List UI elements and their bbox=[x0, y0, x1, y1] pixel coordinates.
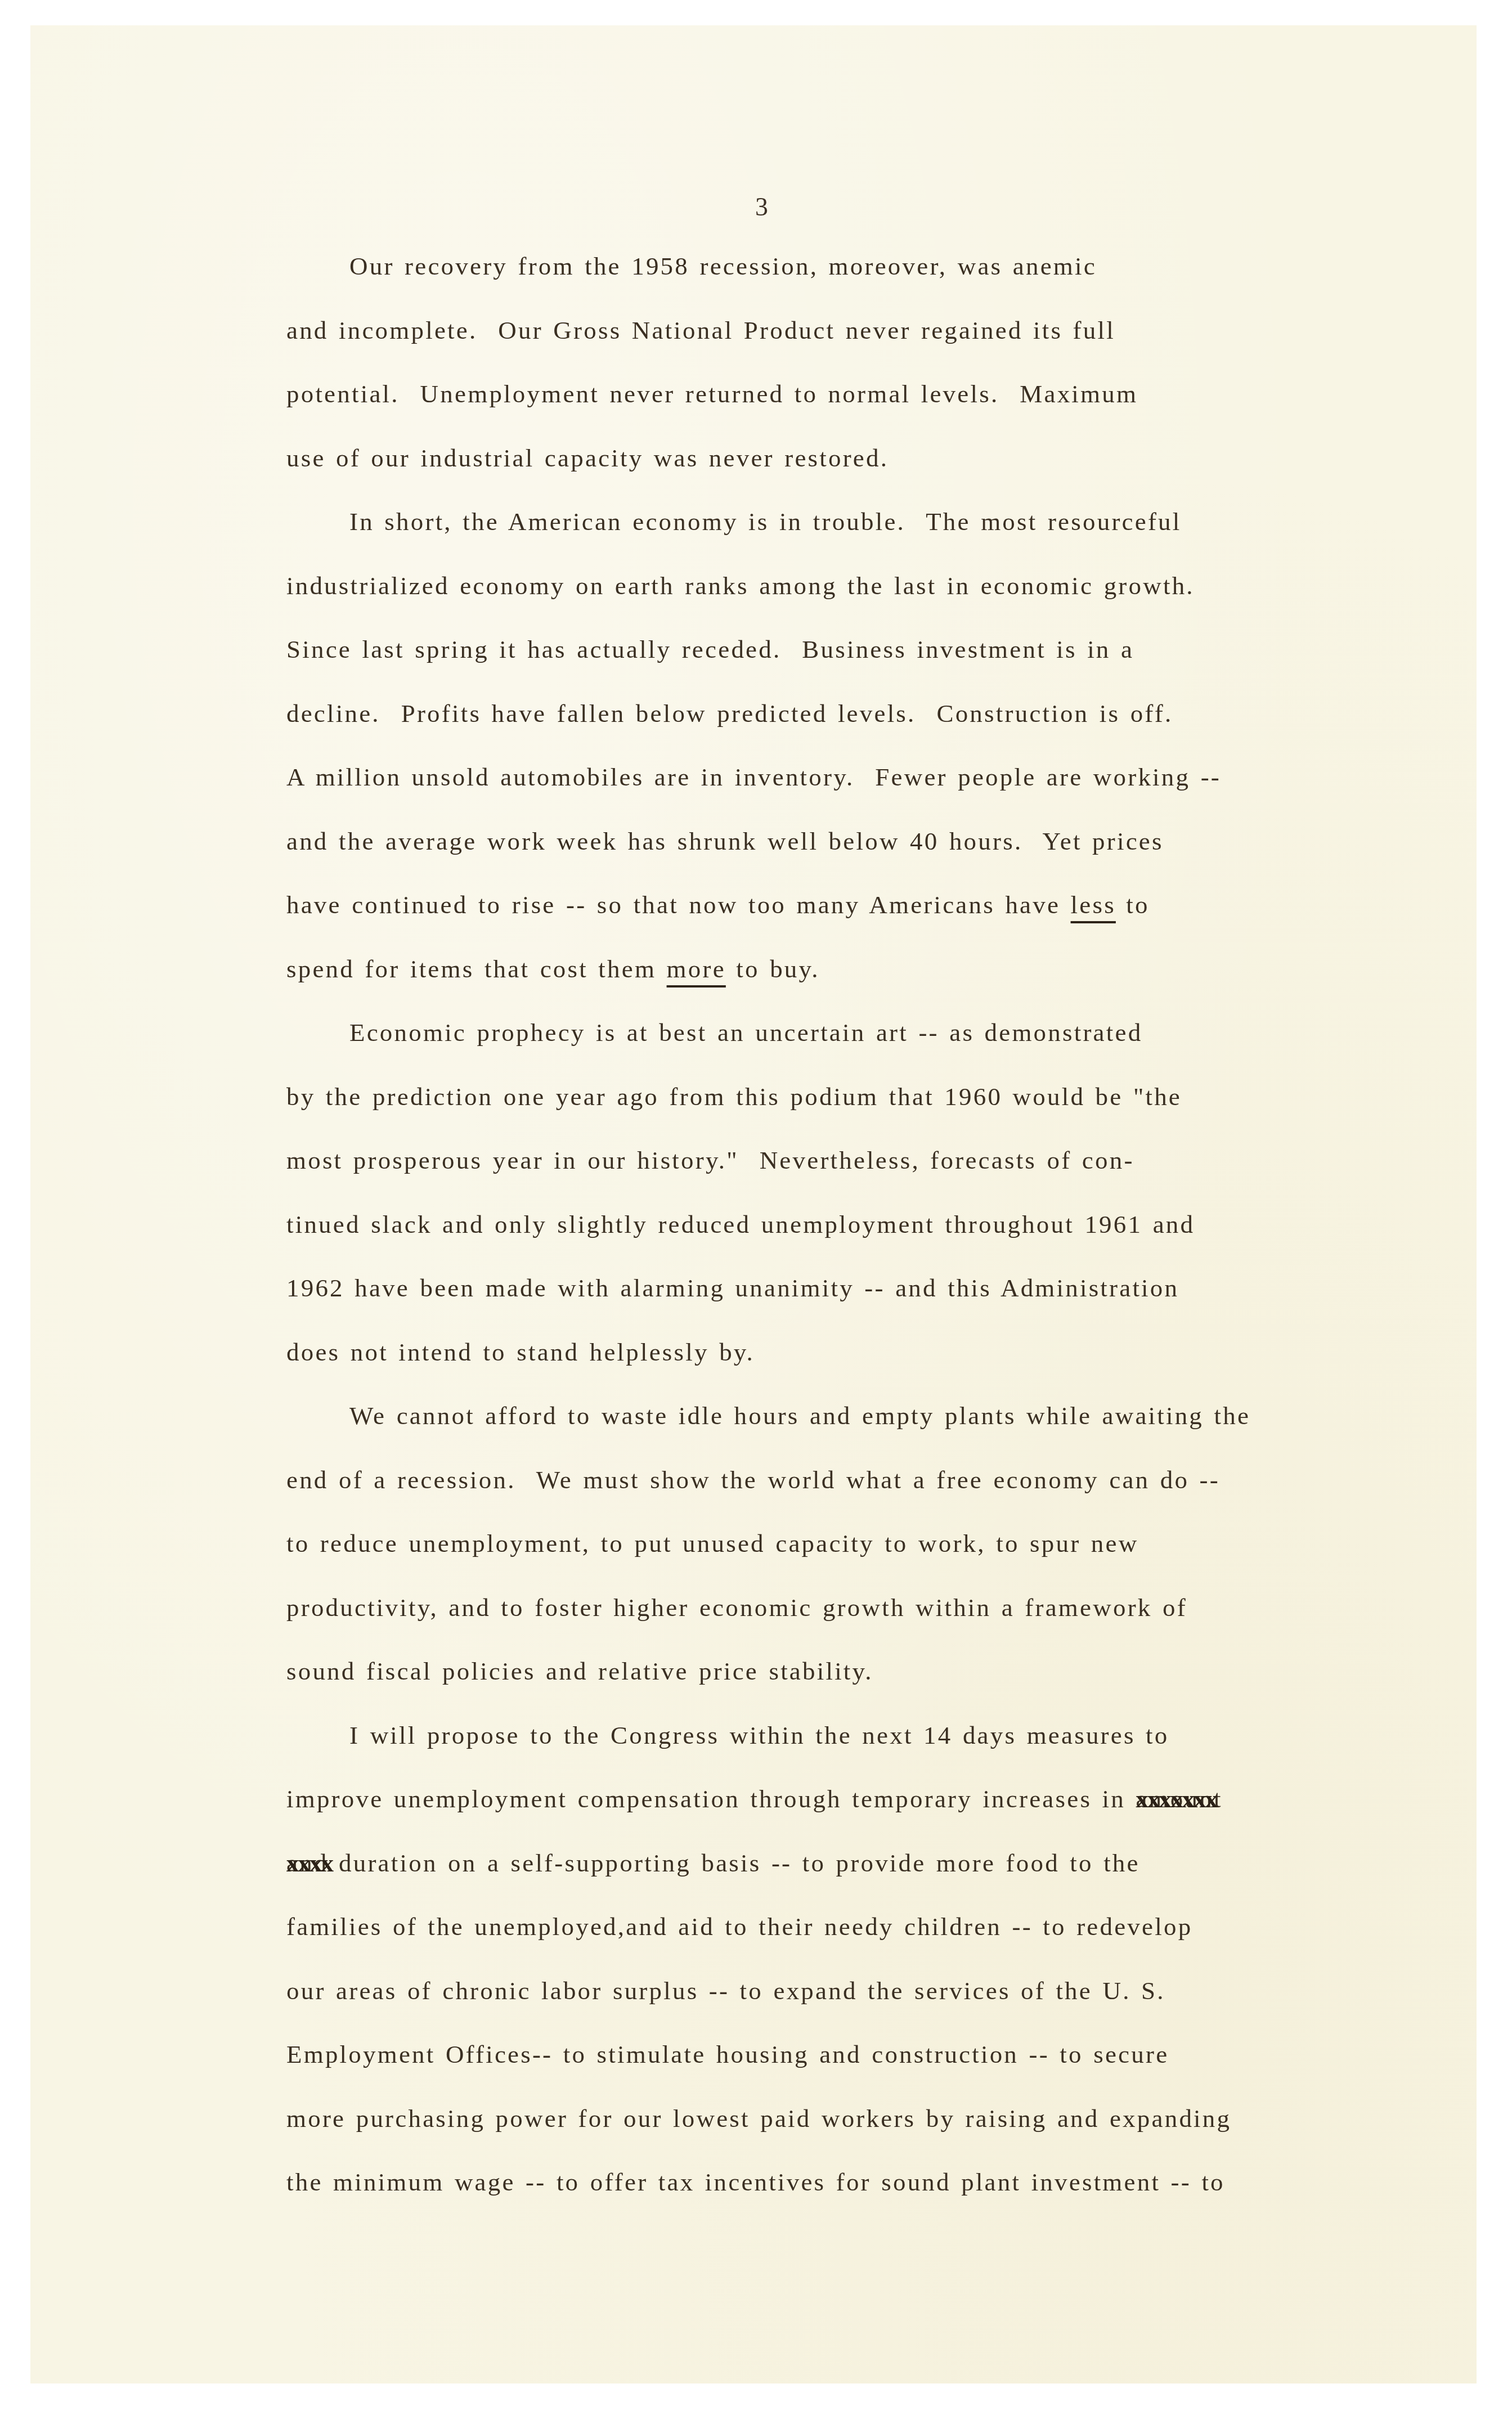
underlined-word: less bbox=[1071, 891, 1116, 919]
text-line: and the average work week has shrunk wel… bbox=[286, 825, 1164, 857]
text-line: spend for items that cost them more to b… bbox=[286, 953, 820, 985]
typed-page: 3 Our recovery from the 1958 recession, … bbox=[30, 25, 1477, 2383]
text-line: Since last spring it has actually recede… bbox=[286, 634, 1134, 665]
text-line: potential. Unemployment never returned t… bbox=[286, 378, 1138, 410]
text-line: by the prediction one year ago from this… bbox=[286, 1081, 1182, 1112]
text-line: decline. Profits have fallen below predi… bbox=[286, 698, 1173, 729]
text-line: most prosperous year in our history." Ne… bbox=[286, 1144, 1134, 1176]
overstrike-xs: xxxx bbox=[286, 1847, 333, 1879]
text-line: does not intend to stand helplessly by. bbox=[286, 1336, 755, 1368]
text-line: Economic prophecy is at best an uncertai… bbox=[349, 1017, 1142, 1048]
page-number: 3 bbox=[755, 192, 768, 222]
text-line: andxxxx duration on a self-supporting ba… bbox=[286, 1847, 1140, 1879]
text-line: more purchasing power for our lowest pai… bbox=[286, 2103, 1231, 2134]
text-line: improve unemployment compensation throug… bbox=[286, 1783, 1223, 1815]
text-line: sound fiscal policies and relative price… bbox=[286, 1655, 873, 1687]
text-line: In short, the American economy is in tro… bbox=[349, 506, 1182, 537]
struck-out-word: amountxxxxxxx bbox=[1136, 1783, 1222, 1815]
text-line: and incomplete. Our Gross National Produ… bbox=[286, 315, 1115, 346]
text-line: Our recovery from the 1958 recession, mo… bbox=[349, 250, 1097, 282]
text-line: the minimum wage -- to offer tax incenti… bbox=[286, 2166, 1225, 2198]
text-line: A million unsold automobiles are in inve… bbox=[286, 761, 1221, 793]
text-line: industrialized economy on earth ranks am… bbox=[286, 570, 1195, 601]
text-line: to reduce unemployment, to put unused ca… bbox=[286, 1528, 1138, 1559]
text-line: end of a recession. We must show the wor… bbox=[286, 1464, 1220, 1496]
overstrike-xs: xxxxxxx bbox=[1136, 1783, 1217, 1815]
text-line: productivity, and to foster higher econo… bbox=[286, 1592, 1187, 1623]
text-line: our areas of chronic labor surplus -- to… bbox=[286, 1975, 1165, 2006]
text-line: use of our industrial capacity was never… bbox=[286, 442, 889, 474]
text-line: tinued slack and only slightly reduced u… bbox=[286, 1209, 1195, 1240]
text-line: 1962 have been made with alarming unanim… bbox=[286, 1272, 1179, 1304]
text-line: We cannot afford to waste idle hours and… bbox=[349, 1400, 1250, 1431]
text-line: have continued to rise -- so that now to… bbox=[286, 889, 1150, 921]
text-line: families of the unemployed,and aid to th… bbox=[286, 1911, 1192, 1942]
underlined-word: more bbox=[667, 955, 726, 983]
struck-out-word: andxxxx bbox=[286, 1847, 329, 1879]
text-line: Employment Offices-- to stimulate housin… bbox=[286, 2039, 1169, 2070]
text-line: I will propose to the Congress within th… bbox=[349, 1720, 1169, 1751]
